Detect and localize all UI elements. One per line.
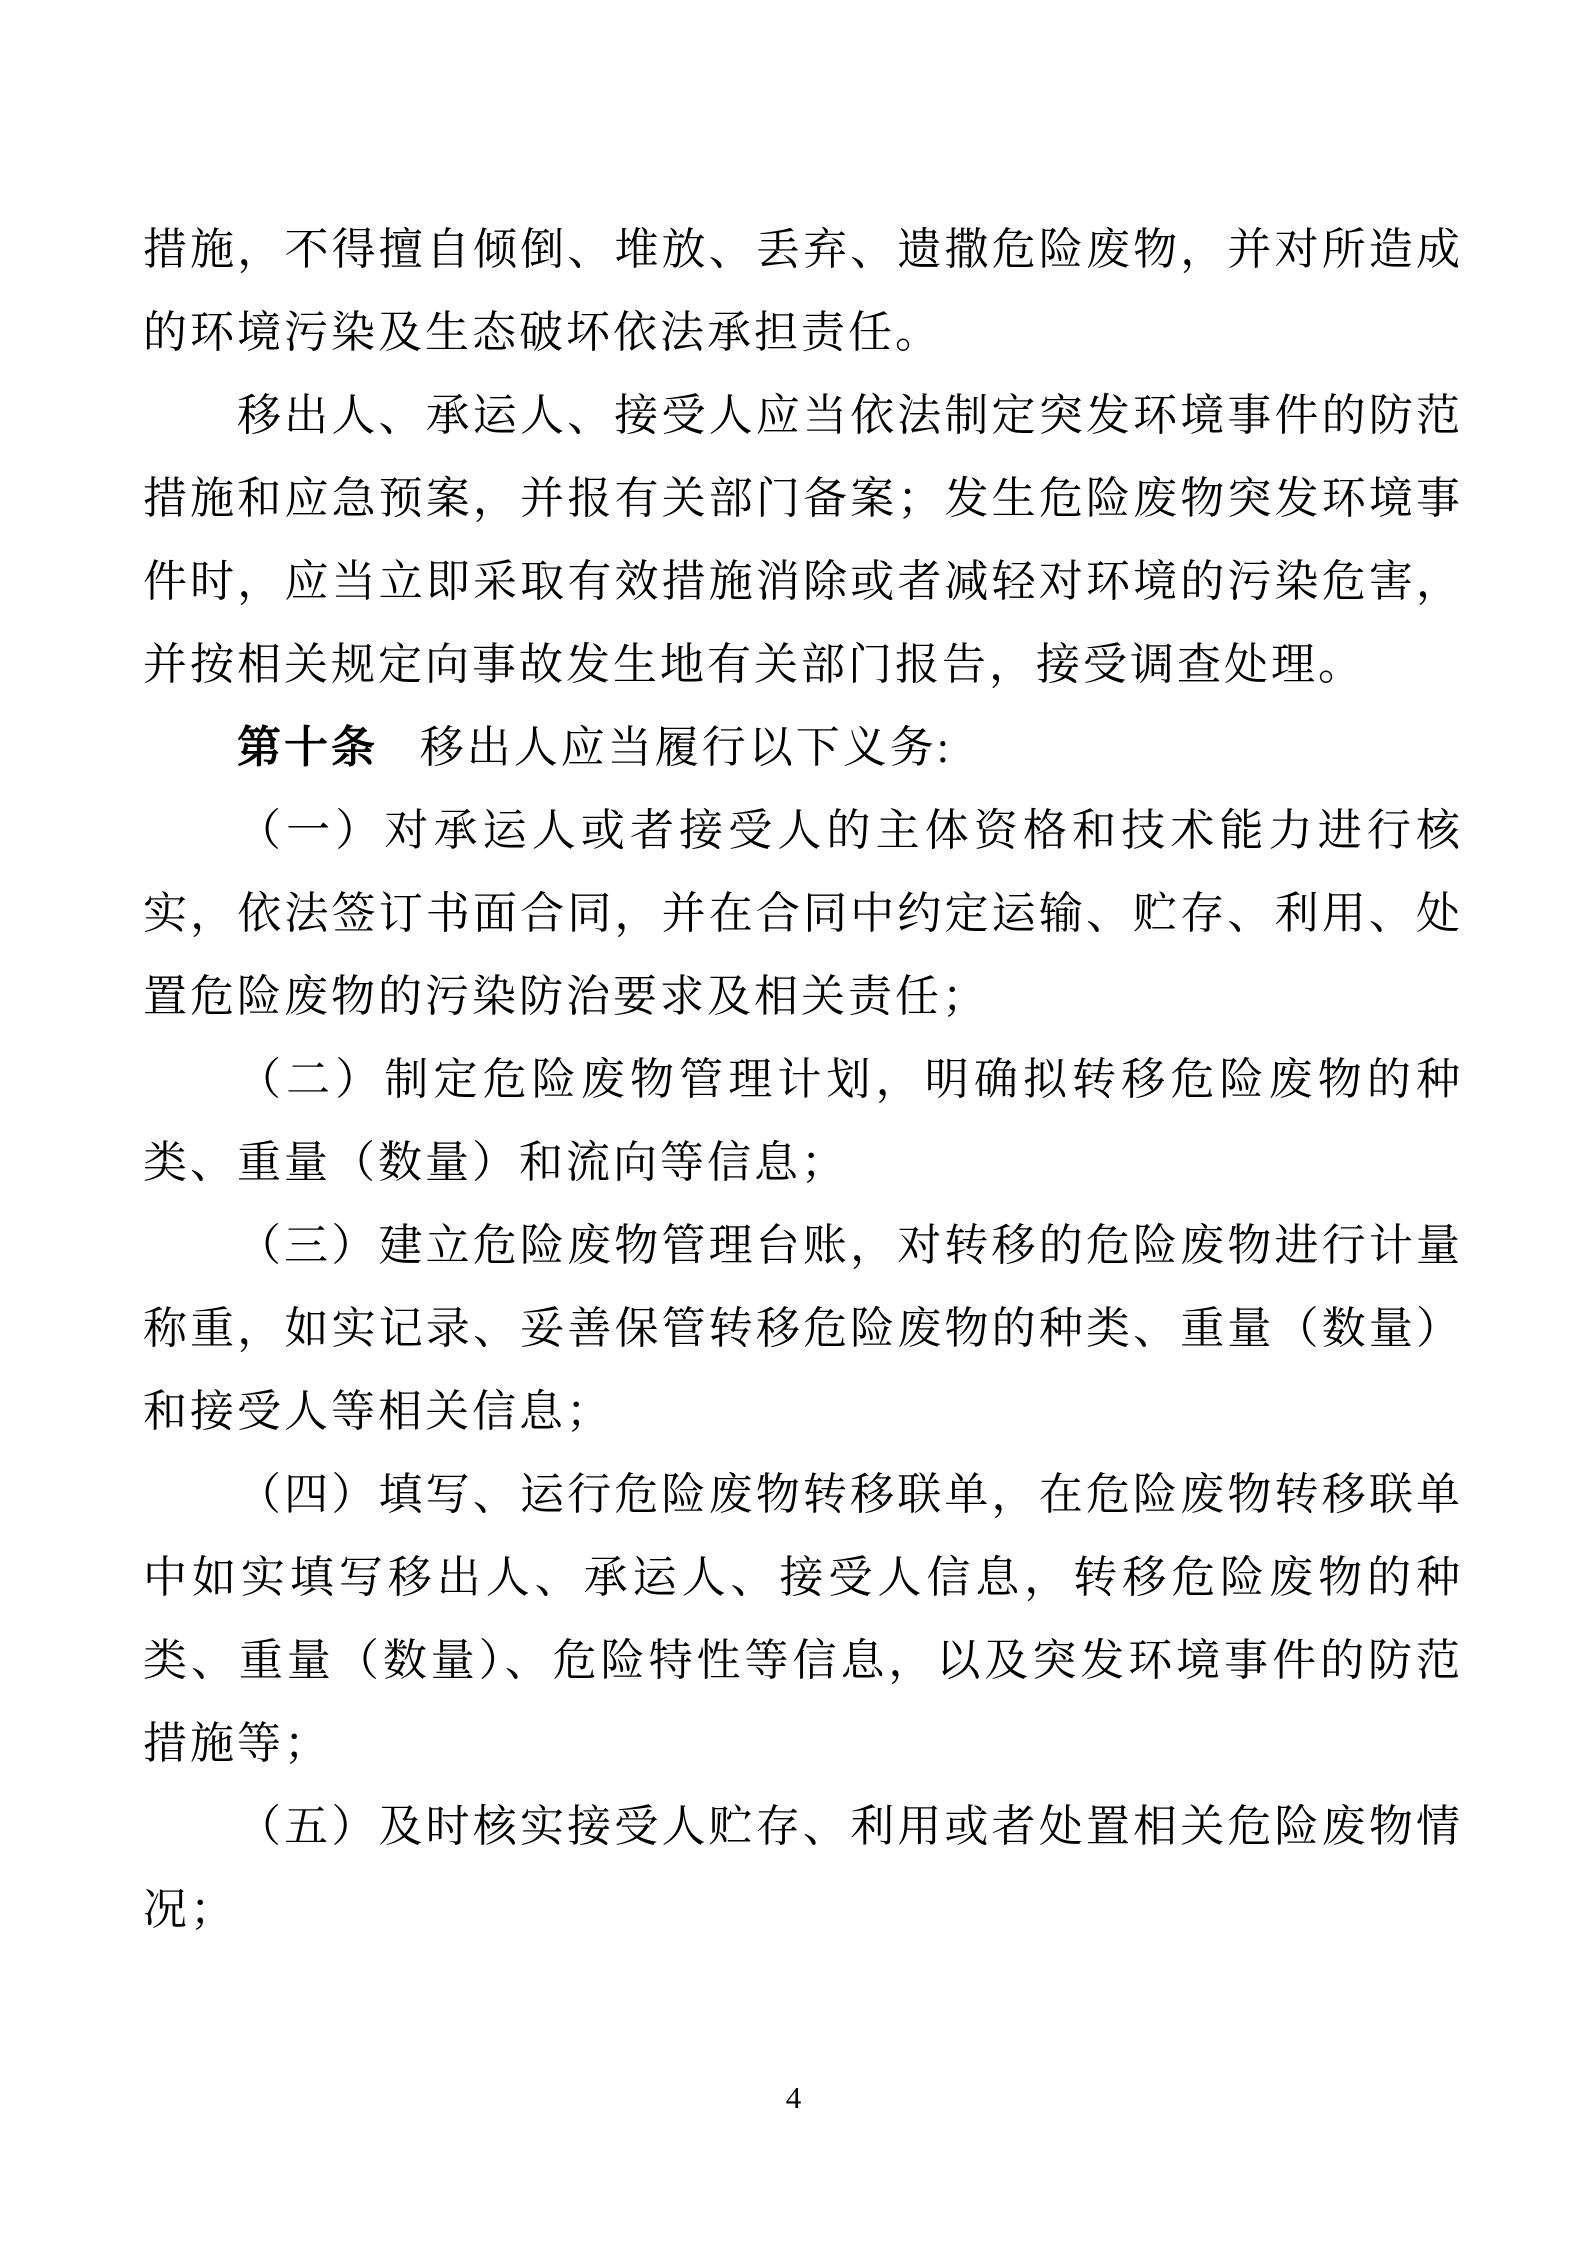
paragraph-item-1: （一）对承运人或者接受人的主体资格和技术能力进行核实，依法签订书面合同，并在合同…	[143, 789, 1463, 1038]
document-page: 措施，不得擅自倾倒、堆放、丢弃、遗撒危险废物，并对所造成的环境污染及生态破坏依法…	[0, 0, 1587, 2245]
paragraph-text: （三）建立危险废物管理台账，对转移的危险废物进行计量称重，如实记录、妥善保管转移…	[143, 1221, 1463, 1436]
page-number: 4	[0, 2078, 1587, 2118]
paragraph-item-5: （五）及时核实接受人贮存、利用或者处置相关危险废物情况；	[143, 1785, 1463, 1951]
paragraph-text: （五）及时核实接受人贮存、利用或者处置相关危险废物情况；	[143, 1802, 1463, 1934]
paragraph-text: 移出人应当履行以下义务:	[420, 723, 952, 772]
paragraph-article-10-heading: 第十条移出人应当履行以下义务:	[143, 706, 1463, 789]
paragraph-continuation: 措施，不得擅自倾倒、堆放、丢弃、遗撒危险废物，并对所造成的环境污染及生态破坏依法…	[143, 208, 1463, 374]
paragraph-text: （四）填写、运行危险废物转移联单，在危险废物转移联单中如实填写移出人、承运人、接…	[143, 1470, 1463, 1768]
paragraph-text: （一）对承运人或者接受人的主体资格和技术能力进行核实，依法签订书面合同，并在合同…	[143, 806, 1463, 1021]
paragraph-text: 移出人、承运人、接受人应当依法制定突发环境事件的防范措施和应急预案，并报有关部门…	[143, 391, 1463, 689]
paragraph-item-3: （三）建立危险废物管理台账，对转移的危险废物进行计量称重，如实记录、妥善保管转移…	[143, 1204, 1463, 1453]
paragraph-responsibility: 移出人、承运人、接受人应当依法制定突发环境事件的防范措施和应急预案，并报有关部门…	[143, 374, 1463, 706]
paragraph-item-4: （四）填写、运行危险废物转移联单，在危险废物转移联单中如实填写移出人、承运人、接…	[143, 1453, 1463, 1785]
article-number-label: 第十条	[237, 723, 378, 772]
paragraph-text: （二）制定危险废物管理计划，明确拟转移危险废物的种类、重量（数量）和流向等信息；	[143, 1055, 1463, 1187]
document-body: 措施，不得擅自倾倒、堆放、丢弃、遗撒危险废物，并对所造成的环境污染及生态破坏依法…	[143, 208, 1463, 1951]
paragraph-text: 措施，不得擅自倾倒、堆放、丢弃、遗撒危险废物，并对所造成的环境污染及生态破坏依法…	[143, 225, 1463, 357]
paragraph-item-2: （二）制定危险废物管理计划，明确拟转移危险废物的种类、重量（数量）和流向等信息；	[143, 1038, 1463, 1204]
